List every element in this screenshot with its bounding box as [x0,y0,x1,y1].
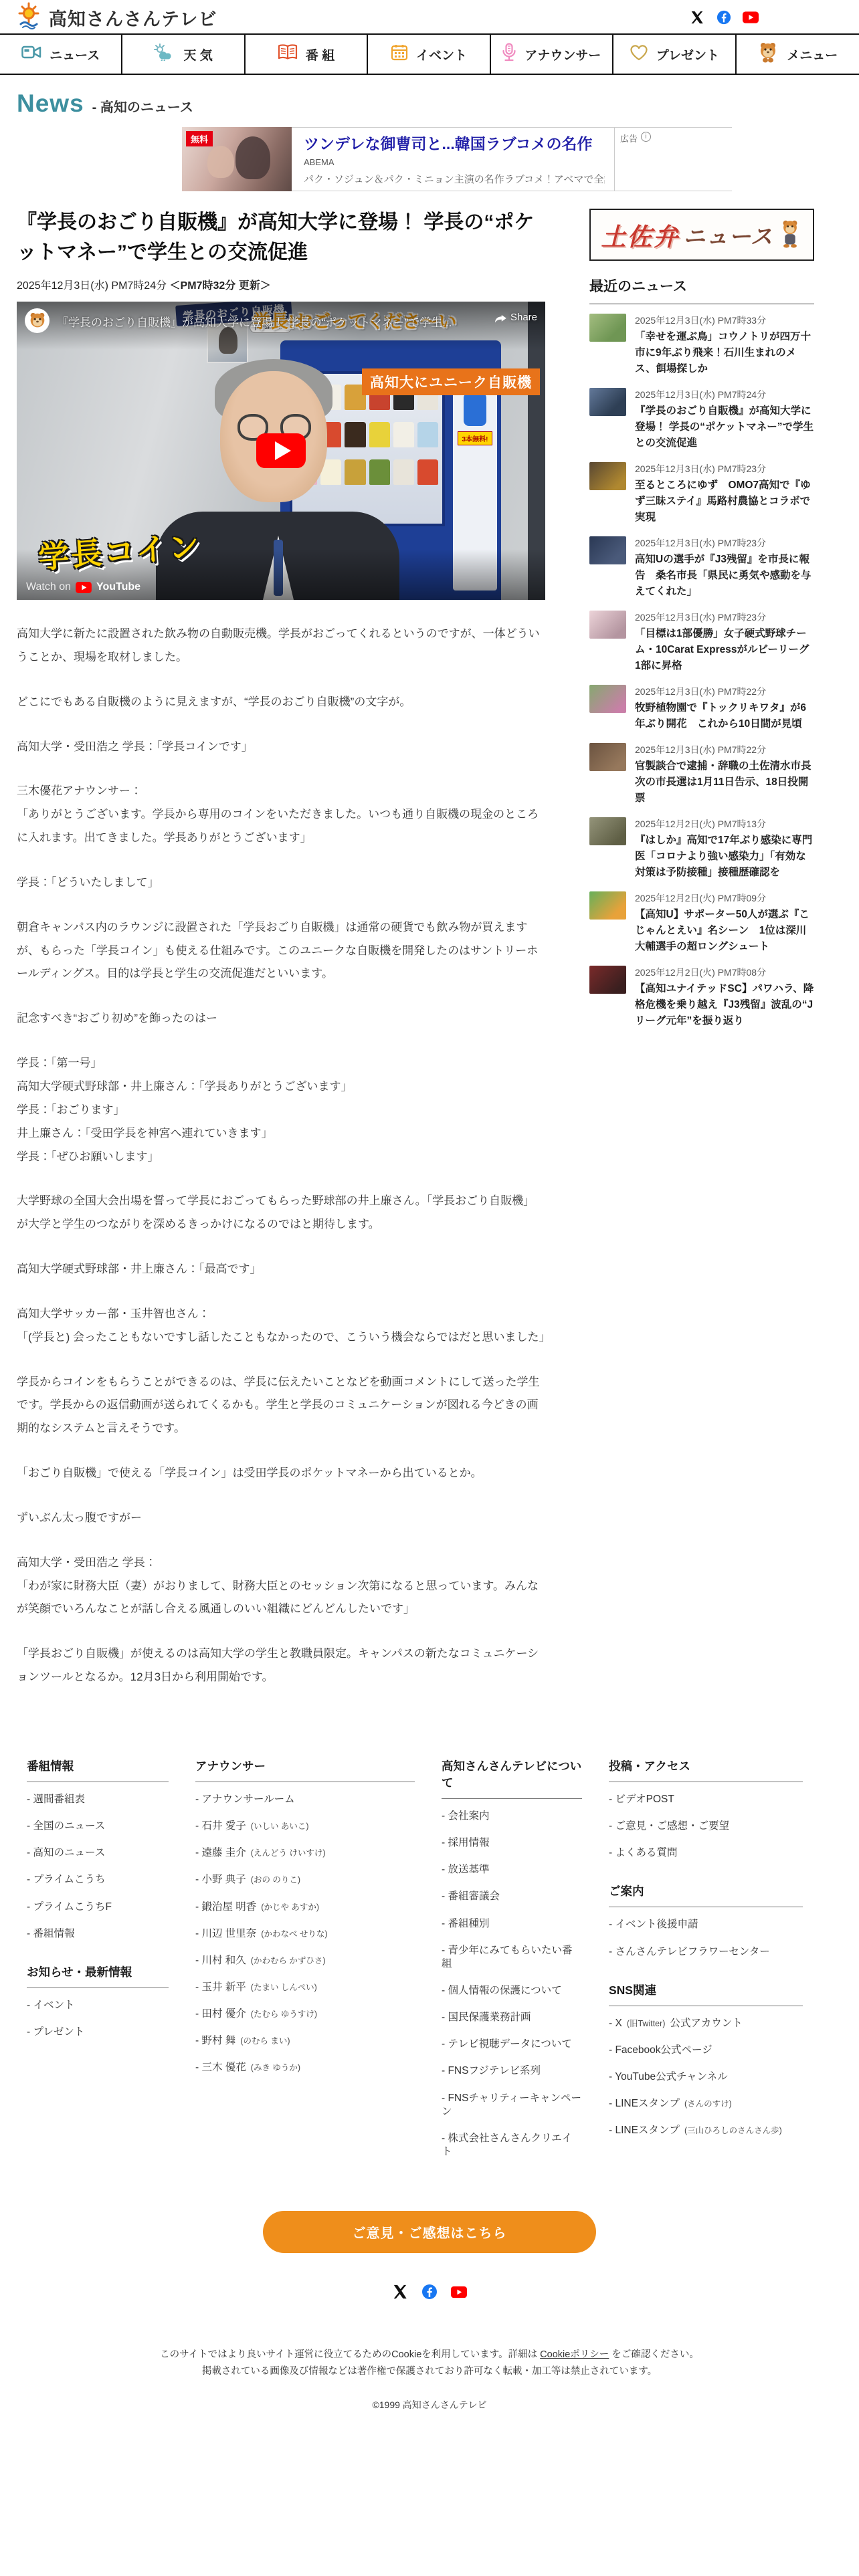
news-title: 「幸せを運ぶ鳥」コウノトリが四万十市に9年ぶり飛来！石川生まれのメス、餌場探しか [635,329,814,377]
news-title: 『はしか』高知で17年ぶり感染に専門医「コロナより強い感染力」「有効な対策は予防… [635,833,814,881]
footer-heading-announcers: アナウンサー [195,1757,415,1782]
footer-social-icons [0,2284,859,2300]
mascot-icon [757,41,779,67]
article-date: 2025年12月3日(水) PM7時24分 ＜PM7時32分 更新＞ [17,277,545,292]
paragraph: どこにでもある自販機のように見えますが、“学長のおごり自販機”の文字が。 [17,691,545,714]
play-button[interactable] [256,433,306,468]
nav-tab-news[interactable]: ニュース [0,35,122,74]
copyright-notice-text: 掲載されている画像及び情報などは著作権で保護されており許可なく転載・加工等は禁止… [202,2366,657,2377]
footer-link[interactable]: 石井 愛子(いしい あいこ) [195,1820,415,1833]
footer-link[interactable]: FNSフジテレビ系列 [442,2064,582,2078]
video-camera-icon [21,44,41,64]
paragraph: 朝倉キャンパス内のラウンジに設置された「学長おごり自販機」は通常の硬貨でも飲み物… [17,916,545,986]
feedback-button[interactable]: ご意見・ご感想はこちら [263,2211,596,2253]
site-logo[interactable]: 高知さんさんテレビ [15,2,217,33]
footer-link[interactable]: テレビ視聴データについて [442,2038,582,2051]
nav-label: 天 気 [183,45,212,64]
ad-text-block: ツンデレな御曹司と...韓国ラブコメの名作 ABEMA パク・ソジュン＆パク・ミ… [292,127,614,191]
news-date: 2025年12月2日(火) PM7時08分 [635,966,814,979]
footer-link[interactable]: FNSチャリティーキャンペーン [442,2092,582,2119]
microphone-icon [502,43,516,66]
footer-link[interactable]: 採用情報 [442,1836,582,1850]
x-twitter-icon[interactable] [392,2284,408,2300]
brand-name: 高知さんさんテレビ [49,5,217,31]
footer-col-contact: 投稿・アクセス ビデオPOST ご意見・ご感想・ご要望 よくある質問 ご案内 イ… [609,1757,830,2181]
sidebar-news-item[interactable]: 2025年12月2日(火) PM7時09分 【高知U】サポーター50人が選ぶ『こ… [589,891,814,955]
footer-link[interactable]: 青少年にみてもらいたい番組 [442,1944,582,1971]
news-title: 高知Uの選手が『J3残留』を市長に報告 桑名市長「県民に勇気や感動を与えてくれた… [635,552,814,600]
footer-link[interactable]: プレゼント [27,2026,169,2039]
sidebar-news-item[interactable]: 2025年12月3日(水) PM7時22分 牧野植物園で『トックリキワタ』が6年… [589,685,814,732]
paragraph: 高知大学に新たに設置された飲み物の自動販売機。学長がおごってくれるというのですが… [17,623,545,669]
header-social-icons [689,9,759,25]
banner-title-part1: 土佐弁 [601,217,679,253]
footer-heading-post: 投稿・アクセス [609,1757,803,1782]
sidebar-news-item[interactable]: 2025年12月3日(水) PM7時23分 高知Uの選手が『J3残留』を市長に報… [589,536,814,600]
footer-link[interactable]: イベント [27,1999,169,2012]
footer-link[interactable]: 全国のニュース [27,1820,169,1833]
recent-news-heading: 最近のニュース [589,276,814,304]
news-title: 【高知ユナイテッドSC】パワハラ、降格危機を乗り越え『J3残留』波乱の“Jリーグ… [635,981,814,1029]
site-footer: 番組情報 週間番組表 全国のニュース 高知のニュース プライムこうち プライムこ… [0,1757,859,2181]
paragraph: 学長：「どういたしまして」 [17,871,545,895]
weather-icon [154,43,175,65]
footer-link[interactable]: 三木 優花(みき ゆうか) [195,2061,415,2074]
nav-label: ニュース [50,45,100,64]
cookie-notice: このサイトではより良いサイト運営に役立てるためのCookieを利用しています。詳… [0,2347,859,2381]
footer-link[interactable]: プライムこうち [27,1873,169,1887]
youtube-video-player: SUNTORY 3本無料! president ! 学長のおごり自販機 学長!お… [17,302,545,600]
ad-label-area: 広告 i [614,127,732,191]
news-date: 2025年12月3日(水) PM7時23分 [635,611,814,624]
footer-link[interactable]: 田村 優介(たむら ゆうすけ) [195,2008,415,2021]
ad-thumbnail: 無料 [182,127,292,191]
nav-tab-programs[interactable]: 番 組 [246,35,368,74]
paragraph: ずいぶん太っ腹ですがー [17,1507,545,1530]
footer-link[interactable]: 個人情報の保護について [442,1984,582,1998]
youtube-icon[interactable] [451,2284,467,2300]
nav-label: 番 組 [306,45,335,64]
paragraph: 大学野球の全国大会出場を誓って学長におごってもらった野球部の井上廉さん。「学長お… [17,1190,545,1237]
footer-link[interactable]: X(旧Twitter)公式アカウント [609,2017,803,2030]
paragraph: 記念すべき“おごり初め”を飾ったのはー [17,1007,545,1031]
youtube-logo-icon [76,582,92,593]
footer-col-about: 高知さんさんテレビについて 会社案内 採用情報 放送基準 番組審議会 番組種別 … [442,1757,609,2181]
news-thumbnail [589,891,626,920]
footer-col-programs: 番組情報 週間番組表 全国のニュース 高知のニュース プライムこうち プライムこ… [27,1757,195,2181]
paragraph: 高知大学硬式野球部・井上廉さん：「最高です」 [17,1258,545,1281]
news-thumbnail [589,966,626,994]
ad-source: ABEMA [304,157,605,167]
paragraph: 学長からコインをもらうことができるのは、学長に伝えたいことなどを動画コメントにし… [17,1371,545,1441]
news-title: 【高知U】サポーター50人が選ぶ『こじゃんとえい』名シーン 1位は深川大輔選手の… [635,907,814,955]
main-nav: ニュース 天 気 番 組 イベント アナウンサー プレゼント メニュー [0,33,859,75]
footer-link[interactable]: プライムこうちF [27,1901,169,1914]
page-title: News [17,90,84,118]
footer-link[interactable]: さんさんテレビフラワーセンター [609,1945,803,1959]
paragraph: 学長：「第一号」 高知大学硬式野球部・井上廉さん：「学長ありがとうございます」 … [17,1052,545,1168]
footer-link[interactable]: 川村 和久(かわむら かずひさ) [195,1954,415,1967]
footer-link[interactable]: LINEスタンプ(三山ひろしのさんさん歩) [609,2124,803,2137]
paragraph: 高知大学・受田浩之 学長： 「わが家に財務大臣（妻）がおりまして、財務大臣とのセ… [17,1551,545,1622]
footer-link[interactable]: 鍛治屋 明香(かじや あすか) [195,1901,415,1914]
footer-col-announcers: アナウンサー アナウンサールーム 石井 愛子(いしい あいこ) 遠藤 圭介(えん… [195,1757,442,2181]
news-date: 2025年12月2日(火) PM7時13分 [635,817,814,831]
footer-link[interactable]: ご意見・ご感想・ご要望 [609,1820,803,1833]
banner-mascot-icon [777,219,803,251]
news-thumbnail [589,611,626,639]
footer-link[interactable]: 週間番組表 [27,1793,169,1806]
site-header: 高知さんさんテレビ [0,0,859,33]
share-button[interactable]: Share [494,308,537,323]
share-arrow-icon [494,312,507,323]
video-top-overlay: 『学長のおごり自販機』が高知大学に登場！ 学長の“ポケットマネー”で学生... … [17,302,545,350]
paragraph: 高知大学サッカー部・玉井智也さん： 「(学長と) 会ったこともないですし話したこ… [17,1303,545,1350]
sidebar-news-item[interactable]: 2025年12月3日(水) PM7時24分 『学長のおごり自販機』が高知大学に登… [589,388,814,451]
nav-tab-announcers[interactable]: アナウンサー [491,35,613,74]
page-heading: News - 高知のニュース [0,75,859,123]
ad-label: 広告 [620,132,638,144]
news-thumbnail [589,314,626,342]
nav-label: プレゼント [656,45,719,64]
copyright: ©1999 高知さんさんテレビ [0,2398,859,2411]
footer-link[interactable]: 株式会社さんさんクリエイト [442,2132,582,2159]
news-thumbnail [589,685,626,713]
nav-label: アナウンサー [524,45,601,64]
watch-on-label: Watch on [26,581,71,593]
footer-link[interactable]: 遠藤 圭介(えんどう けいすけ) [195,1846,415,1860]
calendar-icon [391,43,408,65]
footer-link[interactable]: 高知のニュース [27,1846,169,1860]
news-thumbnail [589,743,626,771]
youtube-icon[interactable] [743,9,759,25]
ad-banner[interactable]: 無料 ツンデレな御曹司と...韓国ラブコメの名作 ABEMA パク・ソジュン＆パ… [182,127,732,191]
footer-link[interactable]: 玉井 新平(たまい しんぺい) [195,1981,415,1994]
cookie-policy-link[interactable]: Cookieポリシー [540,2349,609,2360]
article-title: 『学長のおごり自販機』が高知大学に登場！ 学長の“ポケットマネー”で学生との交流… [17,207,545,267]
news-date: 2025年12月3日(水) PM7時23分 [635,462,814,475]
news-thumbnail [589,817,626,845]
footer-link[interactable]: LINEスタンプ(さんのすけ) [609,2097,803,2111]
news-date: 2025年12月3日(水) PM7時22分 [635,685,814,698]
sidebar-news-item[interactable]: 2025年12月2日(火) PM7時08分 【高知ユナイテッドSC】パワハラ、降… [589,966,814,1029]
paragraph: 「学長おごり自販機」が使えるのは高知大学の学生と教職員限定。キャンパスの新たなコ… [17,1642,545,1689]
news-thumbnail [589,388,626,416]
news-title: 官製談合で逮捕・辞職の土佐清水市長 次の市長選は1月11日告示、18日投開票 [635,758,814,807]
sidebar-news-item[interactable]: 2025年12月3日(水) PM7時23分 「目標は1部優勝」女子硬式野球チーム… [589,611,814,674]
news-date: 2025年12月3日(水) PM7時24分 [635,388,814,401]
facebook-icon[interactable] [716,9,732,25]
sidebar: 土佐弁 ニュース 最近のニュース 2025年12月3日(水) PM7時33分 「… [589,202,814,1040]
nav-tab-weather[interactable]: 天 気 [122,35,245,74]
page-subtitle: - 高知のニュース [92,96,193,116]
footer-link[interactable]: 番組審議会 [442,1890,582,1903]
news-date: 2025年12月3日(水) PM7時22分 [635,743,814,756]
article-body: 高知大学に新たに設置された飲み物の自動販売機。学長がおごってくれるというのですが… [17,623,545,1689]
nav-tab-menu[interactable]: メニュー [737,35,859,74]
paragraph: 「おごり自販機」で使える「学長コイン」は受田学長のポケットマネーから出ているとか… [17,1462,545,1485]
footer-link[interactable]: 川辺 世里奈(かわなべ せりな) [195,1927,415,1941]
article: 『学長のおごり自販機』が高知大学に登場！ 学長の“ポケットマネー”で学生との交流… [17,202,545,1711]
ad-description: パク・ソジュン＆パク・ミニョン主演の名作ラブコメ！アベマで全話無料配信中！登..… [304,172,605,186]
news-title: 「目標は1部優勝」女子硬式野球チーム・10Carat Expressがルビーリー… [635,626,814,674]
footer-link[interactable]: 会社案内 [442,1810,582,1823]
news-topic-badge: 高知大にユニーク自販機 [362,368,540,395]
app-phone-graphic [464,393,486,426]
news-thumbnail [589,536,626,564]
tosaben-news-banner[interactable]: 土佐弁 ニュース [589,209,814,261]
sidebar-news-item[interactable]: 2025年12月3日(水) PM7時23分 至るところにゆず OMO7高知で『ゆ… [589,462,814,526]
footer-link[interactable]: アナウンサールーム [195,1793,415,1806]
sun-logo-icon [15,2,43,33]
news-title: 『学長のおごり自販機』が高知大学に登場！ 学長の“ポケットマネー”で学生との交流… [635,403,814,451]
paragraph: 三木優花アナウンサー： 「ありがとうございます。学長から専用のコインをいただきま… [17,780,545,850]
news-thumbnail [589,462,626,490]
watch-on-youtube-link[interactable]: Watch on YouTube [26,581,140,593]
nav-tab-presents[interactable]: プレゼント [613,35,736,74]
cookie-text: をご確認ください。 [609,2349,699,2360]
updated-time: ＜PM7時32分 更新＞ [170,280,271,292]
free-bottles-tag: 3本無料! [458,431,492,445]
footer-link[interactable]: 小野 典子(おの のりこ) [195,1873,415,1887]
news-date: 2025年12月3日(水) PM7時23分 [635,536,814,550]
facebook-icon[interactable] [421,2284,438,2300]
play-triangle-icon [275,441,291,460]
footer-link[interactable]: ビデオPOST [609,1793,803,1806]
news-title: 牧野植物園で『トックリキワタ』が6年ぶり開花 これから10日間が見頃 [635,700,814,732]
main-content: 『学長のおごり自販機』が高知大学に登場！ 学長の“ポケットマネー”で学生との交流… [0,202,859,1711]
banner-title-part2: ニュース [683,219,773,251]
footer-heading-programs: 番組情報 [27,1757,169,1782]
footer-link[interactable]: Facebook公式ページ [609,2044,803,2057]
nav-tab-events[interactable]: イベント [368,35,490,74]
paragraph: 高知大学・受田浩之 学長：「学長コインです」 [17,736,545,759]
ad-title: ツンデレな御曹司と...韓国ラブコメの名作 [304,132,605,154]
footer-link[interactable]: 番組情報 [27,1927,169,1941]
footer-heading-guide: ご案内 [609,1883,803,1907]
sidebar-news-item[interactable]: 2025年12月3日(水) PM7時22分 官製談合で逮捕・辞職の土佐清水市長 … [589,743,814,807]
footer-heading-about: 高知さんさんテレビについて [442,1757,582,1799]
x-twitter-icon[interactable] [689,9,705,25]
ad-free-badge: 無料 [186,131,213,146]
news-date: 2025年12月3日(水) PM7時33分 [635,314,814,327]
footer-link[interactable]: 番組種別 [442,1917,582,1931]
video-overlay-title[interactable]: 『学長のおごり自販機』が高知大学に登場！ 学長の“ポケットマネー”で学生... [57,308,486,330]
youtube-label: YouTube [96,581,140,593]
cookie-text: このサイトではより良いサイト運営に役立てるためのCookieを利用しています。詳… [160,2349,540,2360]
nav-label: イベント [416,45,467,64]
published-time: 2025年12月3日(水) PM7時24分 [17,280,167,292]
news-title: 至るところにゆず OMO7高知で『ゆず三昧ステイ』馬路村農協とコラボで実現 [635,477,814,526]
nav-label: メニュー [787,45,838,64]
footer-link[interactable]: 野村 舞(のむら まい) [195,2034,415,2048]
news-date: 2025年12月2日(火) PM7時09分 [635,891,814,905]
sidebar-news-item[interactable]: 2025年12月3日(水) PM7時33分 「幸せを運ぶ鳥」コウノトリが四万十市… [589,314,814,377]
footer-link[interactable]: よくある質問 [609,1846,803,1860]
ad-info-icon[interactable]: i [641,132,651,142]
footer-heading-sns: SNS関連 [609,1981,803,2006]
share-label: Share [510,312,537,323]
footer-link[interactable]: 国民保護業務計画 [442,2011,582,2024]
footer-link[interactable]: イベント後援申請 [609,1918,803,1931]
sidebar-news-item[interactable]: 2025年12月2日(火) PM7時13分 『はしか』高知で17年ぶり感染に専門… [589,817,814,881]
open-book-icon [278,44,298,64]
heart-icon [630,44,648,65]
footer-link[interactable]: 放送基準 [442,1863,582,1876]
channel-avatar[interactable] [25,308,50,333]
footer-heading-notice: お知らせ・最新情報 [27,1963,169,1988]
footer-link[interactable]: YouTube公式チャンネル [609,2070,803,2084]
